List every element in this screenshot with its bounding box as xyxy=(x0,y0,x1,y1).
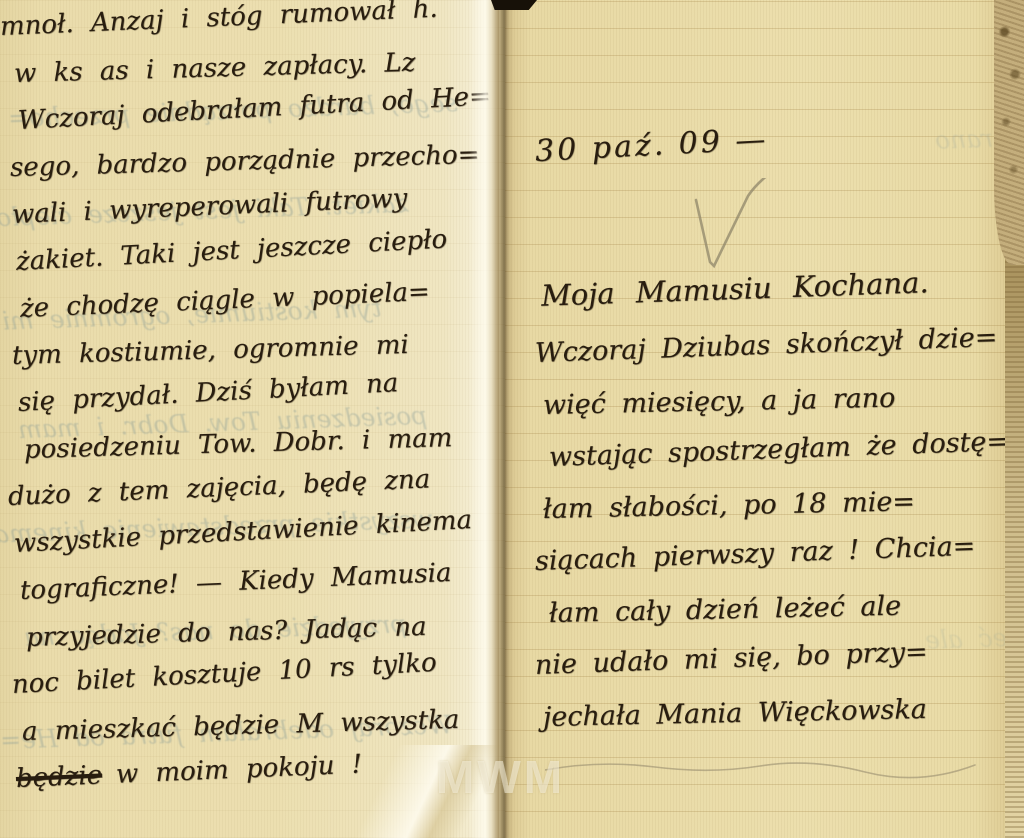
handwriting-line: jechała Mania Więckowska xyxy=(542,682,1005,744)
handwriting-line: w moim pokoju ! xyxy=(115,750,362,790)
pencil-underline xyxy=(545,758,995,780)
pencil-checkmark-icon xyxy=(690,178,785,278)
book-gutter-shadow xyxy=(492,0,514,838)
book-page-edges-rough-corner xyxy=(994,0,1024,265)
left-page-text: mnoł. Anzaj i stóg rumował h. w ks as i … xyxy=(0,4,505,803)
museum-watermark: MWM xyxy=(436,750,565,804)
diary-scan: sego, bardzo porządnie przecho= żakiet. … xyxy=(0,0,1024,838)
struck-word: będzie xyxy=(15,760,102,794)
right-page: więć miesięcy, a ja rano łam cały dzień … xyxy=(505,0,1005,838)
right-page-text: Wczoraj Dziubas skończył dzie= więć mies… xyxy=(535,328,1005,744)
handwriting-line: Wczoraj Dziubas skończył dzie= xyxy=(534,311,1005,380)
entry-date: 30 paź. 09 — xyxy=(534,122,769,169)
left-page: sego, bardzo porządnie przecho= żakiet. … xyxy=(0,0,505,838)
